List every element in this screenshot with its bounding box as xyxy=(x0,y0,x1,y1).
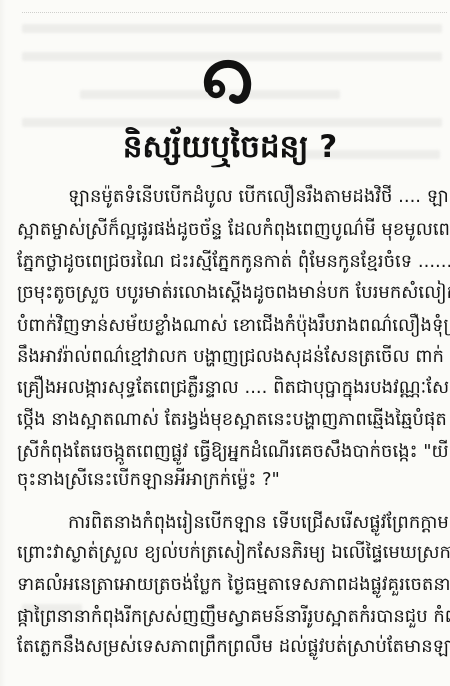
header-rule xyxy=(22,12,447,13)
text-line: ឡានម៉ូតទំនើបបើកដំបូល បើកលឿនរឹងតាមដងវិថី … xyxy=(68,181,442,213)
text-line: ព្រោះវាស្ងាត់ស្រួល ខ្យល់បក់ត្រសៀកសែនភិរម… xyxy=(17,537,442,569)
chapter-number: ១ xyxy=(200,58,252,104)
text-line: ការពិតនាងកំពុងរៀនបើកឡាន ទើបជ្រើសរើសផ្លូវ… xyxy=(68,507,442,539)
chapter-number-text: ១ xyxy=(200,104,201,105)
text-line: ទាគលំអនេត្រាអោយត្រចង់ប្លែក ថ្ងៃធម្មតាទេស… xyxy=(17,569,442,601)
bleed-through-line xyxy=(22,24,442,33)
text-line: ផ្កាព្រៃនានាកំពុងរីកស្រស់ញញឹមស្វាគមន៍នារ… xyxy=(17,601,442,633)
khmer-numeral-one-icon xyxy=(200,58,252,104)
text-line: គ្រឿងអលង្ការសុទ្ធតែពេជ្រភ្លឺរន្ទាល .... … xyxy=(17,372,442,404)
text-line: ភ្នែកថ្លាដូចពេជ្រចរណៃ ជះរស្មីភ្នែកកូនកាត… xyxy=(17,246,442,278)
text-line: ថ្កើង នាងស្អាតណាស់ តែរង្វង់មុខស្អាតនេះបង… xyxy=(17,404,442,436)
text-line: ច្រមុះតូចស្រួច បបូរមាត់រលោងស្ដើងដូចពងមាន… xyxy=(17,277,442,309)
book-page: ១ និស្ស័យឬចៃដន្យ ? ឡានម៉ូតទំនើបបើកដំបូល … xyxy=(0,0,450,686)
chapter-title: និស្ស័យឬចៃដន្យ ? xyxy=(60,126,400,168)
text-line: នឹងអាវរ៉ាល់ពណ៌ខ្មៅវាលក បង្ហាញជ្រលងសុដន់ស… xyxy=(17,341,442,373)
text-line: បំពាក់វិញទាន់សម័យខ្លាំងណាស់ ខោជើងកំប៉ុងរ… xyxy=(17,310,442,342)
text-line: ចុះនាងស្រីនេះបើកឡានអីអាក្រក់ម្ល៉េះ ?" xyxy=(17,464,280,496)
text-line: តែភ្លេកនឹងសម្រស់ទេសភាពព្រឹកព្រលឹម ដល់ផ្ល… xyxy=(17,631,442,663)
text-line: ស្អាតម្ចាស់ស្រីក៏ល្អផូរផង់ដូចច័ន្ទ ដែលកំ… xyxy=(17,214,442,246)
